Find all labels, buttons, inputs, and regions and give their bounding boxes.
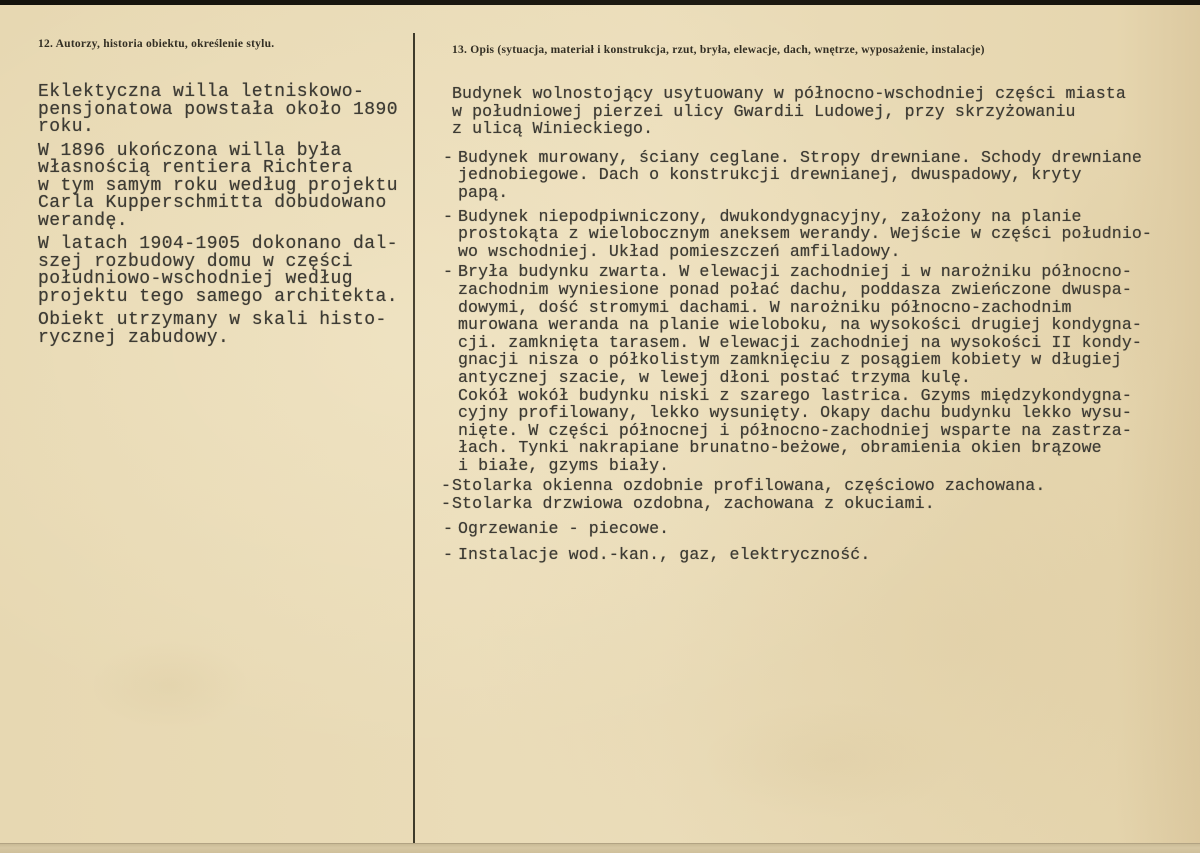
bullet-text: Ogrzewanie - piecowe. [458, 520, 1164, 538]
history-column: Eklektyczna willa letniskowo- pensjonato… [38, 84, 424, 353]
bullet-text: Budynek murowany, ściany ceglane. Stropy… [458, 149, 1164, 202]
description-bullet: - Instalacje wod.-kan., gaz, elektryczno… [443, 546, 1164, 564]
history-paragraph: W latach 1904-1905 dokonano dal- szej ro… [38, 236, 424, 306]
history-paragraph: Eklektyczna willa letniskowo- pensjonato… [38, 84, 424, 137]
bullet-text: Instalacje wod.-kan., gaz, elektryczność… [458, 546, 1164, 564]
description-bullet: - Bryła budynku zwarta. W elewacji zacho… [443, 263, 1164, 474]
description-bullet: - Ogrzewanie - piecowe. [443, 520, 1164, 538]
description-bullet: - Stolarka okienna ozdobnie profilowana,… [441, 477, 1164, 495]
bullet-text: Stolarka drzwiowa ozdobna, zachowana z o… [452, 495, 1164, 513]
description-column: Budynek wolnostojący usytuowany w północ… [452, 85, 1164, 570]
description-bullet: - Budynek niepodpiwniczony, dwukondygnac… [443, 208, 1164, 261]
dash-marker: - [441, 477, 451, 495]
description-bullet: - Stolarka drzwiowa ozdobna, zachowana z… [441, 495, 1164, 513]
paper-blemish [90, 640, 250, 730]
dash-marker: - [443, 520, 453, 538]
dash-marker: - [443, 208, 453, 226]
bullet-text: Bryła budynku zwarta. W elewacji zachodn… [458, 263, 1164, 474]
scan-bottom-edge [0, 843, 1200, 853]
paper-blemish [700, 700, 960, 820]
history-paragraph: W 1896 ukończona willa była własnością r… [38, 143, 424, 231]
dash-marker: - [441, 495, 451, 513]
bullet-text: Stolarka okienna ozdobnie profilowana, c… [452, 477, 1164, 495]
dash-marker: - [443, 263, 453, 281]
bullet-text: Budynek niepodpiwniczony, dwukondygnacyj… [458, 208, 1164, 261]
history-paragraph: Obiekt utrzymany w skali histo- rycznej … [38, 312, 424, 347]
dash-marker: - [443, 149, 453, 167]
scanned-document-page: 12. Autorzy, historia obiektu, określeni… [0, 0, 1200, 853]
section-12-caption: 12. Autorzy, historia obiektu, określeni… [38, 38, 274, 50]
description-intro: Budynek wolnostojący usytuowany w północ… [452, 85, 1164, 138]
dash-marker: - [443, 546, 453, 564]
section-13-caption: 13. Opis (sytuacja, materiał i konstrukc… [452, 44, 985, 56]
scan-top-edge [0, 0, 1200, 5]
description-bullet: - Budynek murowany, ściany ceglane. Stro… [443, 149, 1164, 202]
